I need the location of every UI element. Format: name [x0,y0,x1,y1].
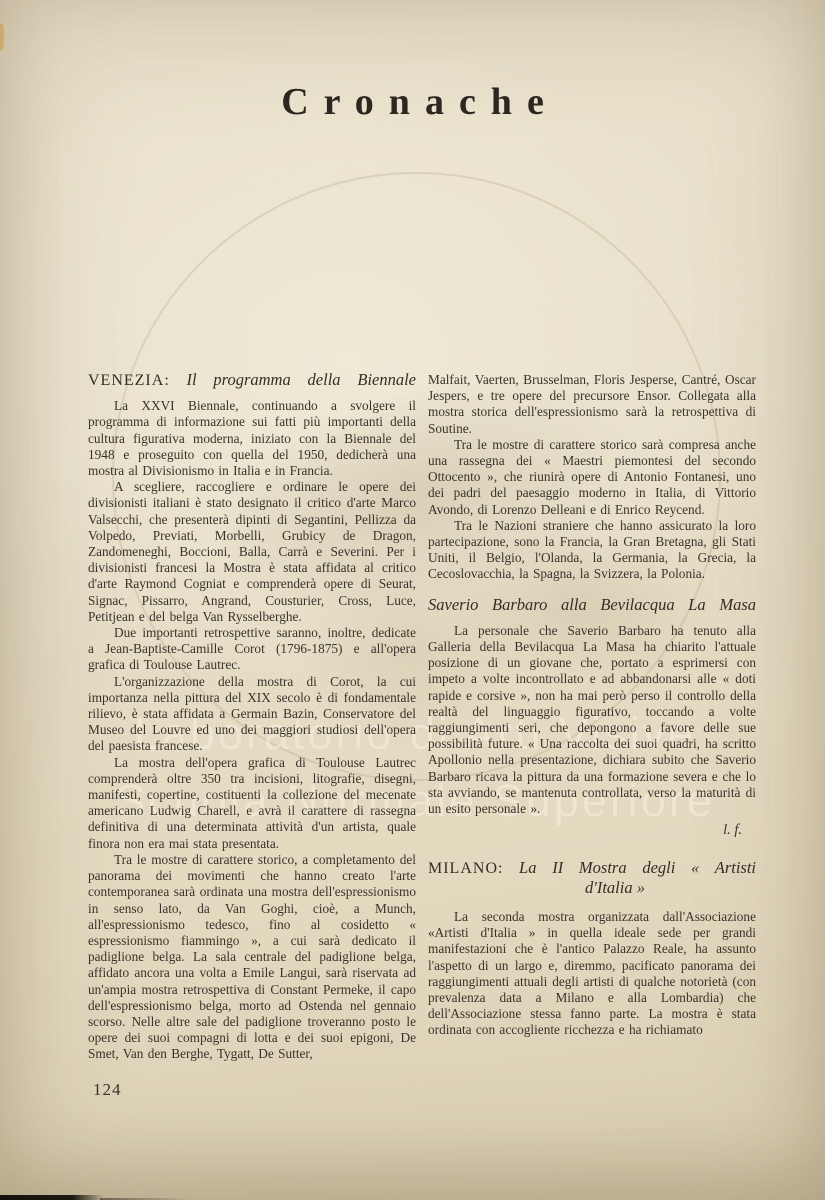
left-column: VENEZIA: Il programma della Biennale La … [88,372,416,1063]
magazine-page: Laboratorio di Arti Visive Scuola Normal… [0,0,825,1200]
paragraph-maestri-piemontesi: Tra le mostre di carattere storico sarà … [428,437,756,518]
milano-section-title-line1: La II Mostra degli « Artisti [519,858,756,877]
paragraph-milano: La seconda mostra organizzata dall'Assoc… [428,909,756,1039]
page-number: 124 [93,1080,122,1100]
milano-section-title-line2: d'Italia » [428,880,756,896]
venezia-section-heading: VENEZIA: Il programma della Biennale [88,372,416,389]
page-title: Cronache [0,80,825,124]
paragraph-barbaro: La personale che Saverio Barbaro ha tenu… [428,623,756,817]
paragraph-continuation: Malfait, Vaerten, Brusselman, Floris Jes… [428,372,756,437]
paragraph-divisionisti: A scegliere, raccogliere e ordinare le o… [88,479,416,625]
scan-edge-top-left [0,24,4,50]
barbaro-heading: Saverio Barbaro alla Bevilacqua La Masa [428,597,756,613]
paragraph-espressionismo: Tra le mostre di carattere storico, a co… [88,852,416,1063]
signature: l. f. [428,822,742,838]
venezia-heading-line: VENEZIA: Il programma della Biennale [88,372,416,389]
paragraph-nazioni-straniere: Tra le Nazioni straniere che hanno assic… [428,518,756,583]
venezia-section-title: Il programma della Biennale [186,370,416,389]
paragraph-biennale-intro: La XXVI Biennale, continuando a svolgere… [88,398,416,479]
scan-edge-bottom-left [0,1195,104,1200]
paragraph-retrospettive: Due importanti retrospettive saranno, in… [88,625,416,674]
milano-heading-line1: MILANO: La II Mostra degli « Artisti [428,860,756,877]
paragraph-corot: L'organizzazione della mostra di Corot, … [88,674,416,755]
paragraph-lautrec: La mostra dell'opera grafica di Toulouse… [88,755,416,852]
milano-section-heading: MILANO: La II Mostra degli « Artisti d'I… [428,860,756,895]
right-column: Malfait, Vaerten, Brusselman, Floris Jes… [428,372,756,1063]
text-columns: VENEZIA: Il programma della Biennale La … [88,372,756,1063]
venezia-city-label: VENEZIA: [88,372,170,389]
milano-city-label: MILANO: [428,860,503,877]
